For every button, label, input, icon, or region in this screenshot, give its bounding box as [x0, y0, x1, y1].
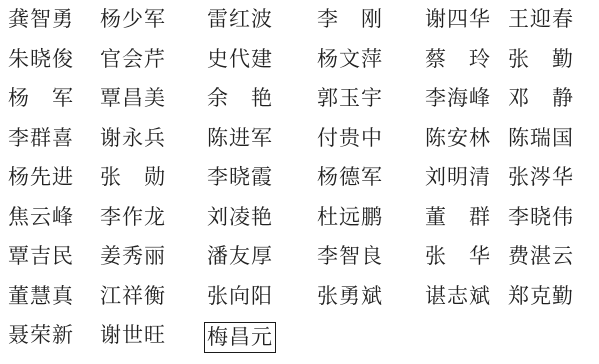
- name-item: 张 勤: [508, 46, 574, 86]
- name-item: 覃吉民: [8, 243, 74, 283]
- name-item: 李晓霞: [207, 164, 273, 204]
- name-item: 张向阳: [207, 283, 273, 323]
- name-item: 陈进军: [207, 125, 273, 165]
- name-item: 张勇斌: [317, 283, 383, 323]
- name-item: 官会芹: [100, 46, 166, 86]
- name-item: 郑克勤: [508, 283, 574, 323]
- name-item: 杨少军: [100, 6, 166, 46]
- name-item: 蔡 玲: [425, 46, 491, 86]
- name-item: 李智良: [317, 243, 383, 283]
- name-item: 江祥衡: [100, 283, 166, 323]
- name-item: 张 华: [425, 243, 491, 283]
- name-item: 刘明清: [425, 164, 491, 204]
- name-item: 王迎春: [508, 6, 574, 46]
- name-item: 覃昌美: [100, 85, 166, 125]
- name-item: 杨先进: [8, 164, 74, 204]
- name-item: 杨文萍: [317, 46, 383, 86]
- name-item: 焦云峰: [8, 204, 74, 244]
- name-item: 谢世旺: [100, 322, 166, 362]
- name-item: 史代建: [207, 46, 273, 86]
- name-item: 谢永兵: [100, 125, 166, 165]
- name-item: 聂荣新: [8, 322, 74, 362]
- name-item: 龚智勇: [8, 6, 74, 46]
- name-item: 邓 静: [508, 85, 574, 125]
- name-item: 付贵中: [317, 125, 383, 165]
- name-item: 杜远鹏: [317, 204, 383, 244]
- name-item: 陈安林: [425, 125, 491, 165]
- name-item: 李作龙: [100, 204, 166, 244]
- name-item: 谢四华: [425, 6, 491, 46]
- name-item: 朱晓俊: [8, 46, 74, 86]
- name-item: 杨 军: [8, 85, 74, 125]
- name-item: 梅昌元: [207, 322, 276, 362]
- name-item: 董 群: [425, 204, 491, 244]
- name-item: 李 刚: [317, 6, 383, 46]
- name-item: 张 勋: [100, 164, 166, 204]
- name-item: 杨德军: [317, 164, 383, 204]
- name-item: 张涔华: [508, 164, 574, 204]
- name-item: 谌志斌: [425, 283, 491, 323]
- document-page: 龚智勇杨少军雷红波李 刚谢四华王迎春朱晓俊官会芹史代建杨文萍蔡 玲张 勤杨 军覃…: [0, 0, 599, 364]
- name-item: 陈瑞国: [508, 125, 574, 165]
- name-item: 李群喜: [8, 125, 74, 165]
- name-item: 李晓伟: [508, 204, 574, 244]
- highlighted-name: 梅昌元: [204, 322, 276, 353]
- name-item: 李海峰: [425, 85, 491, 125]
- name-item: 雷红波: [207, 6, 273, 46]
- name-item: 刘凌艳: [207, 204, 273, 244]
- name-item: 姜秀丽: [100, 243, 166, 283]
- name-item: 余 艳: [207, 85, 273, 125]
- name-item: 潘友厚: [207, 243, 273, 283]
- name-item: 费湛云: [508, 243, 574, 283]
- name-item: 董慧真: [8, 283, 74, 323]
- name-item: 郭玉宇: [317, 85, 383, 125]
- name-grid: 龚智勇杨少军雷红波李 刚谢四华王迎春朱晓俊官会芹史代建杨文萍蔡 玲张 勤杨 军覃…: [0, 0, 599, 362]
